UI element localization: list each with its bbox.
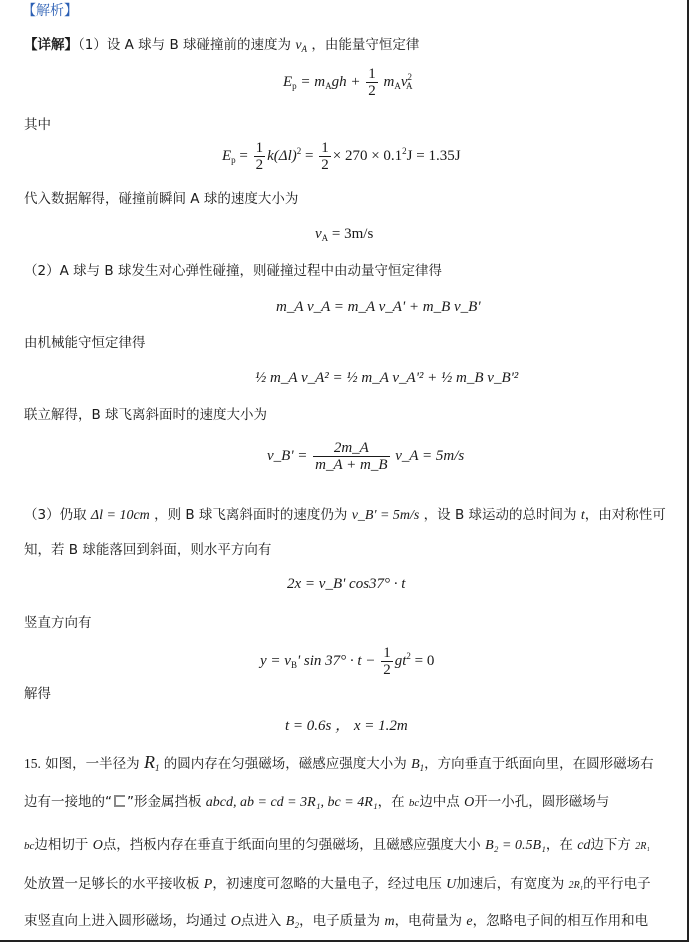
document-page: 【解析】 【详解】（1）设 A 球与 B 球碰撞前的速度为 vA ，由能量守恒定…: [0, 0, 689, 942]
problem15-line4: 处放置一足够长的水平接收板 P，初速度可忽略的大量电子，经过电压 U加速后，有宽…: [24, 875, 651, 895]
problem15-line3: bc边相切于 O点，挡板内存在垂直于纸面向里的匀强磁场，且磁感应强度大小 B₂ …: [24, 836, 650, 856]
solve-text-1: 代入数据解得，碰撞前瞬间 A 球的速度大小为: [24, 190, 298, 208]
equation-momentum: m_A v_A = m_A v_A' + m_B v_B': [276, 297, 481, 317]
energy-text: 由机械能守恒定律得: [24, 334, 146, 352]
equation-energy-conservation: Ep = mAgh + 12 mAv2A: [283, 66, 413, 99]
var-vA: vA: [295, 38, 307, 53]
equation-vA-result: vA = 3m/s: [315, 224, 373, 248]
equation-vB-result: v_B' = 2m_Am_A + m_B v_A = 5m/s: [267, 440, 464, 473]
equation-vertical: y = vB' sin 37° · t − 12gt2 = 0: [260, 645, 434, 678]
equation-mechanical-energy: ½ m_A v_A² = ½ m_A v_A'² + ½ m_B v_B'²: [255, 368, 518, 388]
problem-number: 15.: [24, 756, 41, 771]
equation-final-result: t = 0.6s ， x = 1.2m: [285, 716, 408, 736]
problem15-line5: 束竖直向上进入圆形磁场，均通过 O点进入 B₂，电子质量为 m，电荷量为 e，忽…: [24, 912, 648, 931]
part3-line2: 知，若 B 球能落回到斜面，则水平方向有: [24, 541, 271, 559]
baffle-shape-icon: [114, 795, 125, 807]
problem15-line2: 边有一接地的“”形金属挡板 abcd, ab = cd = 3R₁, bc = …: [24, 793, 609, 812]
equation-horizontal: 2x = v_B' cos37° · t: [287, 574, 405, 594]
part3-line1: （3）仍取 Δl = 10cm ，则 B 球飞离斜面时的速度仍为 v_B' = …: [24, 506, 666, 525]
part2-intro: （2）A 球与 B 球发生对心弹性碰撞，则碰撞过程中由动量守恒定律得: [24, 262, 442, 280]
equation-spring-energy: Ep = 12k(Δl)2 = 12× 270 × 0.12J = 1.35J: [222, 140, 461, 173]
solve-text-2: 联立解得，B 球飞离斜面时的速度大小为: [24, 406, 267, 424]
among-text: 其中: [24, 116, 51, 134]
problem15-line1: 15. 如图，一半径为 R1 的圆内存在匀强磁场，磁感应强度大小为 B1，方向垂…: [24, 753, 654, 777]
solve-text-3: 解得: [24, 685, 51, 703]
vertical-text: 竖直方向有: [24, 614, 92, 632]
section-heading: 【解析】: [22, 2, 78, 20]
part1-intro: 【详解】（1）设 A 球与 B 球碰撞前的速度为 vA ，由能量守恒定律: [24, 36, 419, 58]
detail-label: 【详解】: [24, 37, 78, 53]
